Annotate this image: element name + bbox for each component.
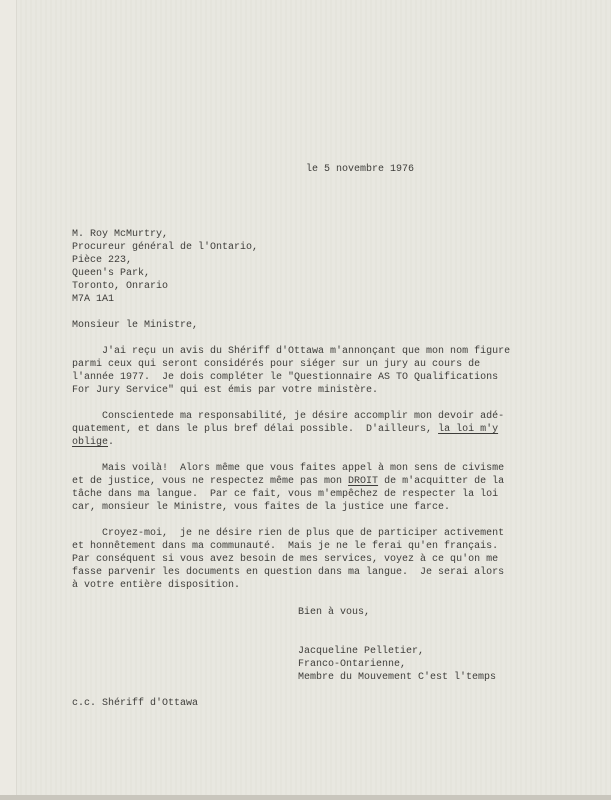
paragraph-4-line: Par conséquent si vous avez besoin de me… bbox=[72, 553, 498, 566]
letter-date: le 5 novembre 1976 bbox=[306, 163, 414, 176]
paper-edge bbox=[0, 0, 17, 800]
paragraph-3-line: tâche dans ma langue. Par ce fait, vous … bbox=[72, 488, 498, 501]
paragraph-3-line: car, monsieur le Ministre, vous faites d… bbox=[72, 501, 450, 514]
paragraph-2-text: . bbox=[108, 437, 114, 448]
paragraph-4-line: à votre entière disposition. bbox=[72, 579, 240, 592]
paragraph-2-text: quatement, et dans le plus bref délai po… bbox=[72, 424, 438, 435]
recipient-line: Pièce 223, bbox=[72, 254, 132, 267]
paragraph-4-line: fasse parvenir les documents en question… bbox=[72, 566, 504, 579]
paragraph-3-line: et de justice, vous ne respectez même pa… bbox=[72, 475, 504, 488]
signature-line: Membre du Mouvement C'est l'temps bbox=[298, 671, 496, 684]
paragraph-3-text: et de justice, vous ne respectez même pa… bbox=[72, 476, 348, 487]
paragraph-2-line: quatement, et dans le plus bref délai po… bbox=[72, 423, 498, 436]
paragraph-4-line: Croyez-moi, je ne désire rien de plus qu… bbox=[72, 527, 504, 540]
paragraph-1-line: For Jury Service" qui est émis par votre… bbox=[72, 384, 378, 397]
paragraph-3-line: Mais voilà! Alors même que vous faites a… bbox=[72, 462, 504, 475]
signature-line: Franco-Ontarienne, bbox=[298, 658, 406, 671]
paragraph-1-line: J'ai reçu un avis du Shériff d'Ottawa m'… bbox=[72, 345, 510, 358]
underlined-text: oblige bbox=[72, 437, 108, 448]
carbon-copy: c.c. Shériff d'Ottawa bbox=[72, 697, 198, 710]
paragraph-2-line: Conscientede ma responsabilité, je désir… bbox=[72, 410, 504, 423]
underlined-text: DROIT bbox=[348, 476, 378, 487]
recipient-line: M7A 1A1 bbox=[72, 293, 114, 306]
signature-line: Jacqueline Pelletier, bbox=[298, 645, 424, 658]
paragraph-3-text: de m'acquitter de la bbox=[378, 476, 504, 487]
recipient-line: Queen's Park, bbox=[72, 267, 150, 280]
paragraph-2-line: oblige. bbox=[72, 436, 114, 449]
paper-bottom-edge bbox=[0, 795, 611, 800]
salutation: Monsieur le Ministre, bbox=[72, 319, 198, 332]
recipient-line: M. Roy McMurtry, bbox=[72, 228, 168, 241]
paragraph-1-line: l'année 1977. Je dois compléter le "Ques… bbox=[72, 371, 498, 384]
closing: Bien à vous, bbox=[298, 606, 370, 619]
underlined-text: la loi m'y bbox=[438, 424, 498, 435]
paragraph-1-line: parmi ceux qui seront considérés pour si… bbox=[72, 358, 480, 371]
recipient-line: Toronto, Onrario bbox=[72, 280, 168, 293]
paragraph-4-line: et honnêtement dans ma communauté. Mais … bbox=[72, 540, 498, 553]
recipient-line: Procureur général de l'Ontario, bbox=[72, 241, 258, 254]
